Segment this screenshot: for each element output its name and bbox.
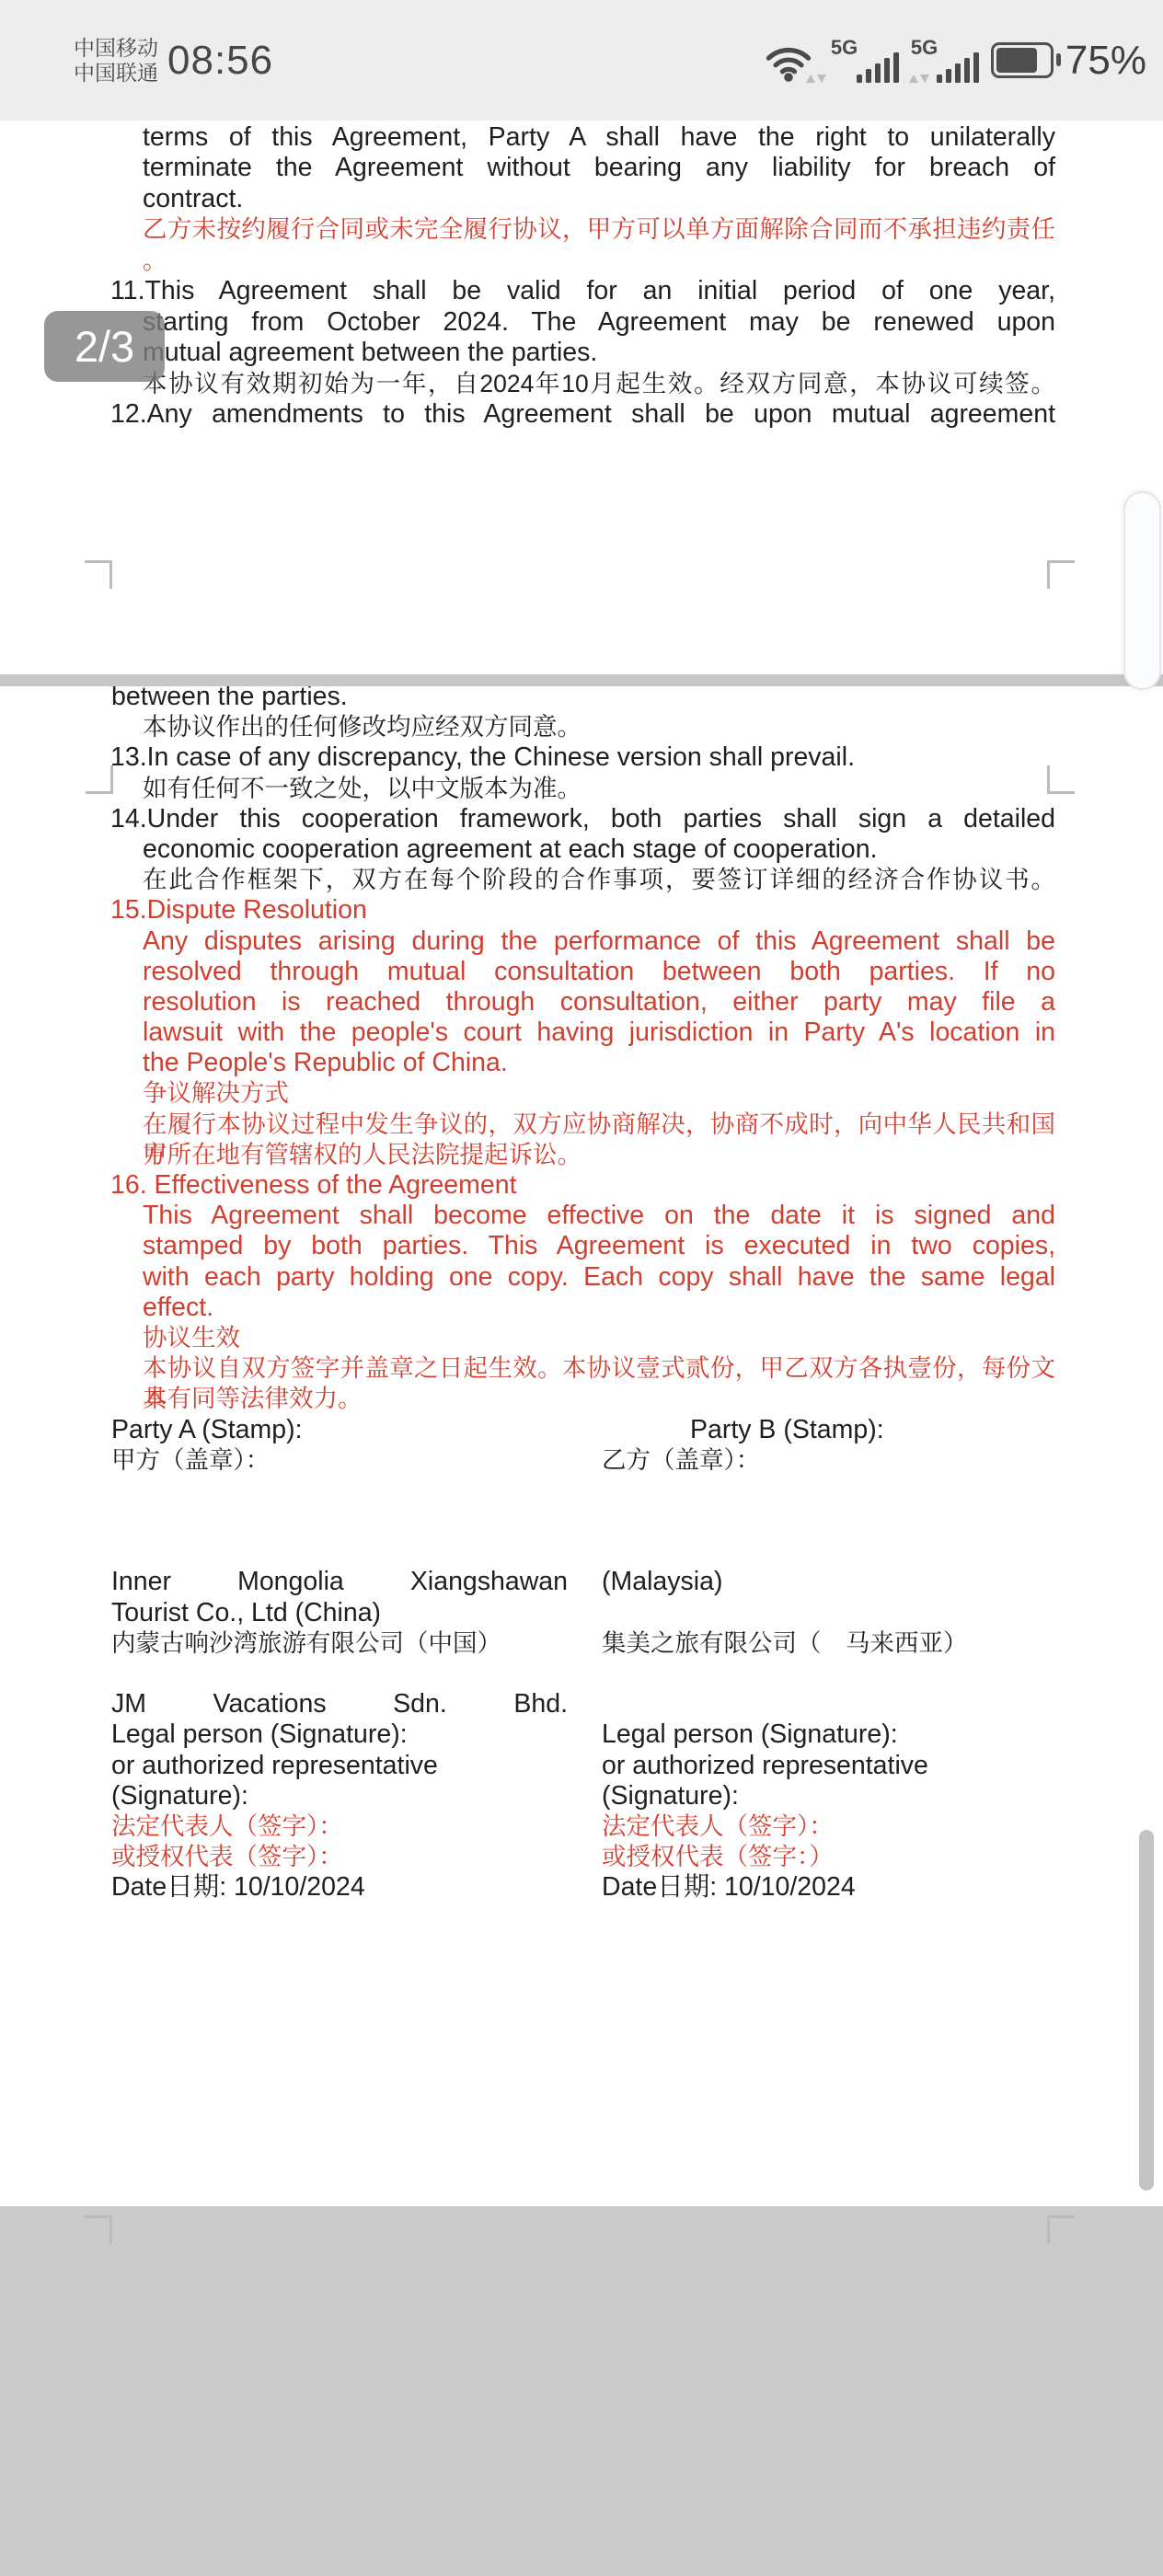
doc-line: 15.Dispute Resolution <box>0 895 1163 926</box>
legal-person-label: (Signature): <box>602 1781 739 1811</box>
doc-line: resolution is reached through consultati… <box>0 987 1163 1018</box>
carrier-2: 中国联通 <box>74 61 158 86</box>
spacer-row <box>0 1536 1163 1567</box>
party-a-stamp-label: Party A (Stamp): <box>111 1415 303 1445</box>
page-corner-mark <box>85 560 112 589</box>
scrollbar-thumb[interactable] <box>1139 1830 1154 2191</box>
company-a-name-cn: 内蒙古响沙湾旅游有限公司（中国） <box>111 1628 501 1659</box>
doc-line: 本协议作出的任何修改均应经双方同意。 <box>0 712 1163 742</box>
signature-row: 法定代表人（签字）： 法定代表人（签字）： <box>0 1811 1163 1842</box>
spacer-row <box>0 1506 1163 1536</box>
signature-row: 或授权代表（签字）： 或授权代表（签字：） <box>0 1842 1163 1872</box>
doc-line: resolved through mutual consultation bet… <box>0 957 1163 987</box>
doc-line: 具有同等法律效力。 <box>0 1384 1163 1414</box>
doc-line: 在履行本协议过程中发生争议的，双方应协商解决，协商不成时，向中华人民共和国甲 <box>0 1110 1163 1140</box>
party-b-stamp-label: Party B (Stamp): <box>690 1415 884 1445</box>
auth-rep-label-cn: 或授权代表（签字）： <box>111 1842 343 1872</box>
signal-bars-icon-sim1: 5G <box>831 36 899 86</box>
data-activity-arrows-icon <box>909 75 929 83</box>
document-view[interactable]: terms of this Agreement, Party A shall h… <box>0 121 1163 2206</box>
doc-line: 11.This Agreement shall be valid for an … <box>0 276 1163 306</box>
doc-line: with each party holding one copy. Each c… <box>0 1262 1163 1293</box>
signature-row: Party A (Stamp): Party B (Stamp): <box>0 1415 1163 1445</box>
page-3-text: between the parties. 本协议作出的任何修改均应经双方同意。 … <box>0 682 1163 1903</box>
phone-screenshot: 中国移动 中国联通 08:56 5G 5G <box>0 0 1163 2576</box>
doc-line: Any disputes arising during the performa… <box>0 926 1163 957</box>
date-label: Date日期: 10/10/2024 <box>111 1872 365 1903</box>
spacer-row <box>0 1659 1163 1689</box>
doc-line: starting from October 2024. The Agreemen… <box>0 307 1163 338</box>
clock: 08:56 <box>167 38 273 84</box>
scrollbar-thumb[interactable] <box>1123 491 1161 690</box>
signature-row: or authorized representative or authoriz… <box>0 1751 1163 1781</box>
doc-line: 12.Any amendments to this Agreement shal… <box>0 399 1163 430</box>
legal-person-label: or authorized representative <box>602 1751 928 1781</box>
doc-line: 争议解决方式 <box>0 1078 1163 1109</box>
carrier-labels: 中国移动 中国联通 <box>74 36 158 86</box>
doc-line: mutual agreement between the parties. <box>0 338 1163 368</box>
signature-row: Legal person (Signature): Legal person (… <box>0 1719 1163 1750</box>
doc-line: 在此合作框架下，双方在每个阶段的合作事项，要签订详细的经济合作协议书。 <box>0 865 1163 895</box>
page-separator <box>0 674 1163 686</box>
auth-rep-label-cn: 或授权代表（签字：） <box>602 1842 834 1872</box>
company-b-name-cn: 集美之旅有限公司（ 马来西亚） <box>602 1628 968 1659</box>
party-a-seal-label: 甲方（盖章）： <box>111 1445 270 1476</box>
doc-line: effect. <box>0 1293 1163 1323</box>
doc-line: stamped by both parties. This Agreement … <box>0 1231 1163 1261</box>
page-corner-mark <box>86 765 113 794</box>
doc-line: 14.Under this cooperation framework, bot… <box>0 804 1163 834</box>
network-type-label: 5G <box>831 36 858 60</box>
doc-line: 方所在地有管辖权的人民法院提起诉讼。 <box>0 1140 1163 1170</box>
doc-line: terms of this Agreement, Party A shall h… <box>0 122 1163 153</box>
party-b-seal-label: 乙方（盖章）： <box>602 1445 760 1476</box>
doc-line: terminate the Agreement without bearing … <box>0 153 1163 183</box>
legal-person-label: (Signature): <box>111 1781 248 1811</box>
status-icons: 5G 5G 75% <box>762 36 1146 86</box>
doc-line: 本协议有效期初始为一年，自2024年10月起生效。经双方同意，本协议可续签。 <box>0 369 1163 399</box>
network-type-label: 5G <box>911 36 938 60</box>
doc-line: the People's Republic of China. <box>0 1048 1163 1078</box>
doc-line: 13.In case of any discrepancy, the Chine… <box>0 742 1163 773</box>
signature-row: Date日期: 10/10/2024 Date日期: 10/10/2024 <box>0 1872 1163 1903</box>
company-b-country: (Malaysia) <box>602 1567 722 1597</box>
company-a-name: Tourist Co., Ltd (China) <box>111 1598 381 1628</box>
signature-row: Tourist Co., Ltd (China) <box>0 1598 1163 1628</box>
battery-percent: 75% <box>1065 38 1146 84</box>
signal-bars-icon-sim2: 5G <box>911 36 979 86</box>
page-corner-mark <box>1047 560 1075 589</box>
legal-rep-label-cn: 法定代表人（签字）： <box>602 1811 834 1842</box>
doc-line: lawsuit with the people's court having j… <box>0 1018 1163 1048</box>
date-label: Date日期: 10/10/2024 <box>602 1872 856 1903</box>
signature-row: (Signature): (Signature): <box>0 1781 1163 1811</box>
doc-line: This Agreement shall become effective on… <box>0 1201 1163 1231</box>
signature-row: JM Vacations Sdn. Bhd. <box>0 1689 1163 1719</box>
doc-line: economic cooperation agreement at each s… <box>0 834 1163 865</box>
company-a-name: Inner Mongolia Xiangshawan <box>111 1567 568 1597</box>
company-b-name: JM Vacations Sdn. Bhd. <box>111 1689 568 1719</box>
page-2-text: terms of this Agreement, Party A shall h… <box>0 122 1163 430</box>
legal-person-label: Legal person (Signature): <box>602 1719 898 1750</box>
legal-person-label: or authorized representative <box>111 1751 438 1781</box>
doc-line: contract. <box>0 184 1163 214</box>
battery-icon <box>991 42 1054 78</box>
page-corner-mark <box>1047 2215 1075 2244</box>
doc-line: 本协议自双方签字并盖章之日起生效。本协议壹式贰份，甲乙双方各执壹份，每份文本 <box>0 1353 1163 1384</box>
signature-row: 甲方（盖章）： 乙方（盖章）： <box>0 1445 1163 1476</box>
signature-row: Inner Mongolia Xiangshawan (Malaysia) <box>0 1567 1163 1597</box>
screenshot-end-area <box>0 2206 1163 2576</box>
doc-line: 协议生效 <box>0 1323 1163 1353</box>
doc-line: 16. Effectiveness of the Agreement <box>0 1170 1163 1201</box>
legal-rep-label-cn: 法定代表人（签字）： <box>111 1811 343 1842</box>
page-corner-mark <box>1047 765 1075 794</box>
doc-line: 乙方未按约履行合同或未完全履行协议，甲方可以单方面解除合同而不承担违约责任 <box>0 214 1163 245</box>
page-corner-mark <box>85 2215 112 2244</box>
signature-row: 内蒙古响沙湾旅游有限公司（中国） 集美之旅有限公司（ 马来西亚） <box>0 1628 1163 1659</box>
wifi-activity-arrows-icon <box>806 75 826 83</box>
carrier-1: 中国移动 <box>74 36 158 61</box>
doc-line: 如有任何不一致之处，以中文版本为准。 <box>0 774 1163 804</box>
wifi-icon <box>762 37 819 85</box>
legal-person-label: Legal person (Signature): <box>111 1719 408 1750</box>
spacer-row <box>0 1476 1163 1506</box>
doc-line: 。 <box>0 246 1163 276</box>
page-indicator-badge: 2/3 <box>44 311 165 382</box>
status-bar: 中国移动 中国联通 08:56 5G 5G <box>0 0 1163 121</box>
